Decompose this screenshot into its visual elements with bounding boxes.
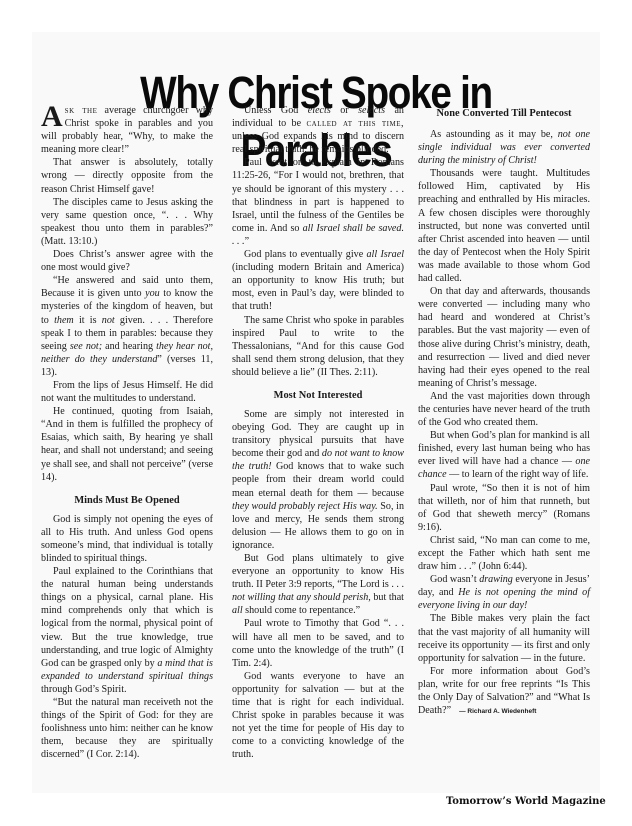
- paragraph: But when God’s plan for mankind is all f…: [418, 429, 590, 481]
- column-1: Ask the average churchgoer why Christ sp…: [41, 104, 213, 762]
- paragraph: Some are simply not interested in obeyin…: [232, 408, 404, 552]
- paragraph: Thousands were taught. Multitudes follow…: [418, 167, 590, 285]
- paragraph: Christ said, “No man can come to me, exc…: [418, 534, 590, 573]
- paragraph: He continued, quoting from Isaiah, “And …: [41, 405, 213, 484]
- paragraph: And the vast majorities down through the…: [418, 390, 590, 429]
- paragraph: The same Christ who spoke in parables in…: [232, 314, 404, 379]
- paragraph: The disciples came to Jesus asking the v…: [41, 196, 213, 248]
- paragraph: That answer is absolutely, totally wrong…: [41, 156, 213, 195]
- paragraph: God plans to eventually give all Israel …: [232, 248, 404, 313]
- section-heading: Minds Must Be Opened: [41, 494, 213, 507]
- section-heading: Most Not Interested: [232, 389, 404, 402]
- column-2: Unless God elects or selects an individu…: [232, 104, 404, 762]
- paragraph: Paul went on to explain in Romans 11:25-…: [232, 156, 404, 248]
- paragraph: Unless God elects or selects an individu…: [232, 104, 404, 156]
- paragraph: Paul wrote to Timothy that God “. . . wi…: [232, 617, 404, 669]
- paragraph: Paul explained to the Corinthians that t…: [41, 565, 213, 696]
- paragraph: God wants everyone to have an opportunit…: [232, 670, 404, 762]
- paragraph: From the lips of Jesus Himself. He did n…: [41, 379, 213, 405]
- paragraph: Ask the average churchgoer why Christ sp…: [41, 104, 213, 156]
- paragraph: On that day and afterwards, thousands we…: [418, 285, 590, 390]
- article-page: Why Christ Spoke in Parables Ask the ave…: [32, 32, 600, 793]
- paragraph: But God plans ultimately to give everyon…: [232, 552, 404, 617]
- paragraph: Does Christ’s answer agree with the one …: [41, 248, 213, 274]
- drop-cap: A: [41, 105, 63, 129]
- column-3: None Converted Till Pentecost As astound…: [418, 107, 590, 718]
- publication-name: Tomorrow’s World Magazine: [446, 796, 606, 807]
- paragraph: Paul wrote, “So then it is not of him th…: [418, 482, 590, 534]
- section-heading: None Converted Till Pentecost: [418, 107, 590, 120]
- paragraph: The Bible makes very plain the fact that…: [418, 612, 590, 664]
- paragraph: As astounding as it may be, not one sing…: [418, 128, 590, 167]
- paragraph: “But the natural man receiveth not the t…: [41, 696, 213, 761]
- paragraph: God wasn’t drawing everyone in Jesus’ da…: [418, 573, 590, 612]
- author-signature: — Richard A. Wiedenheft: [459, 708, 536, 715]
- paragraph: “He answered and said unto them, Because…: [41, 274, 213, 379]
- paragraph: For more information about God’s plan, w…: [418, 665, 590, 718]
- paragraph: God is simply not opening the eyes of al…: [41, 513, 213, 565]
